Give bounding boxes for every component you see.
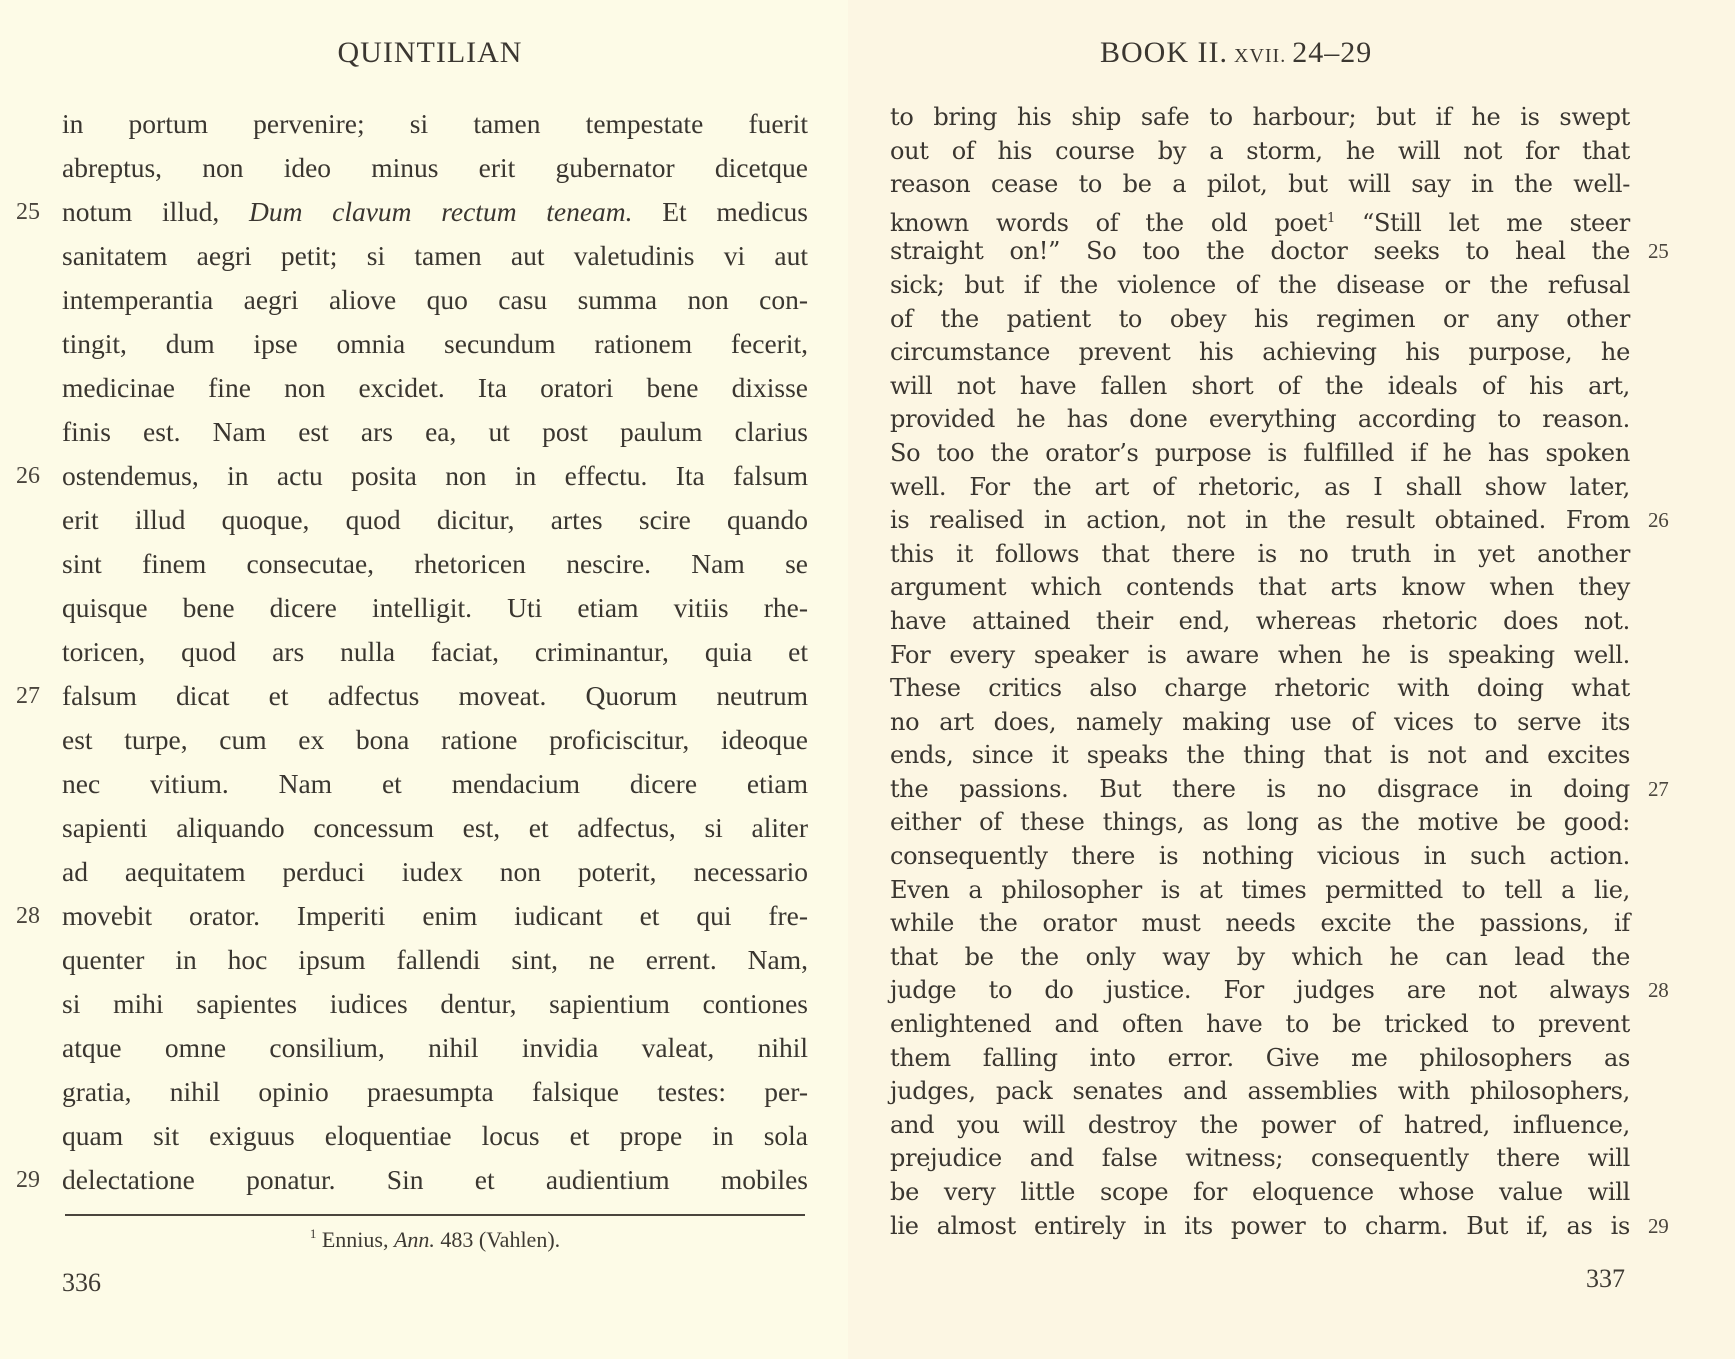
text-line: sanitatem aegri petit; si tamen aut vale…	[62, 234, 808, 278]
line-text: erit illud quoque, quod dicitur, artes s…	[62, 498, 808, 542]
footnote-rule	[65, 1214, 805, 1216]
line-text: sanitatem aegri petit; si tamen aut vale…	[62, 234, 808, 278]
line-text: have attained their end, whereas rhetori…	[890, 605, 1630, 639]
line-text: judge to do justice. For judges are not …	[890, 974, 1630, 1008]
line-text: si mihi sapientes iudices dentur, sapien…	[62, 982, 808, 1026]
line-text: tingit, dum ipse omnia secundum rationem…	[62, 322, 808, 366]
text-line: be very little scope for eloquence whose…	[890, 1176, 1630, 1210]
line-text-post: “Still let me steer	[1335, 209, 1630, 237]
line-text: out of his course by a storm, he will no…	[890, 135, 1630, 169]
line-text: medicinae fine non excidet. Ita oratori …	[62, 366, 808, 410]
section-number: 25	[1648, 235, 1668, 269]
text-line: tingit, dum ipse omnia secundum rationem…	[62, 322, 808, 366]
line-text: finis est. Nam est ars ea, ut post paulu…	[62, 410, 808, 454]
text-line: ostendemus, in actu posita non in effect…	[62, 454, 808, 498]
line-text: ad aequitatem perduci iudex non poterit,…	[62, 850, 808, 894]
line-text: them falling into error. Give me philoso…	[890, 1042, 1630, 1076]
line-text-pre: known words of the old poet	[890, 209, 1327, 237]
text-line: straight on!” So too the doctor seeks to…	[890, 235, 1630, 269]
line-text: will not have fallen short of the ideals…	[890, 370, 1630, 404]
line-text: notum illud, Dum clavum rectum teneam. E…	[62, 190, 808, 234]
line-text: sint finem consecutae, rhetoricen nescir…	[62, 542, 808, 586]
text-line: and you will destroy the power of hatred…	[890, 1109, 1630, 1143]
line-text: judges, pack senates and assemblies with…	[890, 1075, 1630, 1109]
text-line: is realised in action, not in the result…	[890, 504, 1630, 538]
latin-text-block: in portum pervenire; si tamen tempestate…	[62, 102, 808, 1202]
footnote: 1 Ennius, Ann. 483 (Vahlen).	[0, 1226, 870, 1253]
line-text: nec vitium. Nam et mendacium dicere etia…	[62, 762, 808, 806]
text-line: ends, since it speaks the thing that is …	[890, 739, 1630, 773]
line-text: est turpe, cum ex bona ratione proficisc…	[62, 718, 808, 762]
text-line: quisque bene dicere intelligit. Uti etia…	[62, 586, 808, 630]
text-line: of the patient to obey his regimen or an…	[890, 303, 1630, 337]
text-line: quam sit exiguus eloquentiae locus et pr…	[62, 1114, 808, 1158]
running-head-range: 24–29	[1292, 36, 1372, 69]
section-number: 29	[16, 1158, 40, 1202]
left-page: QUINTILIAN in portum pervenire; si tamen…	[0, 0, 848, 1359]
text-line: argument which contends that arts know w…	[890, 571, 1630, 605]
line-text: lie almost entirely in its power to char…	[890, 1210, 1630, 1244]
text-line: that be the only way by which he can lea…	[890, 941, 1630, 975]
line-text: either of these things, as long as the m…	[890, 806, 1630, 840]
text-line: finis est. Nam est ars ea, ut post paulu…	[62, 410, 808, 454]
section-number: 28	[16, 894, 40, 938]
text-line: toricen, quod ars nulla faciat, criminan…	[62, 630, 808, 674]
text-line: These critics also charge rhetoric with …	[890, 672, 1630, 706]
section-number: 27	[16, 674, 40, 718]
text-line: falsum dicat et adfectus moveat. Quorum …	[62, 674, 808, 718]
line-text-pre: notum illud,	[62, 196, 249, 227]
footnote-reference[interactable]: 1	[1327, 211, 1335, 226]
text-line: enlightened and often have to be tricked…	[890, 1008, 1630, 1042]
text-line: For every speaker is aware when he is sp…	[890, 639, 1630, 673]
line-text: that be the only way by which he can lea…	[890, 941, 1630, 975]
text-line: gratia, nihil opinio praesumpta falsique…	[62, 1070, 808, 1114]
section-number: 25	[16, 190, 40, 234]
page-number-left: 336	[62, 1268, 101, 1298]
text-line: intemperantia aegri aliove quo casu summ…	[62, 278, 808, 322]
text-line: well. For the art of rhetoric, as I shal…	[890, 471, 1630, 505]
text-line: in portum pervenire; si tamen tempestate…	[62, 102, 808, 146]
line-text: falsum dicat et adfectus moveat. Quorum …	[62, 674, 808, 718]
line-text-italic: Dum clavum rectum teneam.	[249, 196, 633, 227]
section-number: 26	[1648, 504, 1668, 538]
line-text: is realised in action, not in the result…	[890, 504, 1630, 538]
line-text: no art does, namely making use of vices …	[890, 706, 1630, 740]
line-text: For every speaker is aware when he is sp…	[890, 639, 1630, 673]
text-line: atque omne consilium, nihil invidia vale…	[62, 1026, 808, 1070]
text-line: ad aequitatem perduci iudex non poterit,…	[62, 850, 808, 894]
text-line: quenter in hoc ipsum fallendi sint, ne e…	[62, 938, 808, 982]
text-line: lie almost entirely in its power to char…	[890, 1210, 1630, 1244]
line-text-post: Et medicus	[633, 196, 808, 227]
text-line: est turpe, cum ex bona ratione proficisc…	[62, 718, 808, 762]
text-line: movebit orator. Imperiti enim iudicant e…	[62, 894, 808, 938]
english-text-block: to bring his ship safe to harbour; but i…	[890, 101, 1630, 1243]
right-page: BOOK II. XVII. 24–29 to bring his ship s…	[848, 0, 1735, 1359]
text-line: the passions. But there is no disgrace i…	[890, 773, 1630, 807]
line-text: atque omne consilium, nihil invidia vale…	[62, 1026, 808, 1070]
text-line: reason cease to be a pilot, but will say…	[890, 168, 1630, 202]
line-text: sick; but if the violence of the disease…	[890, 269, 1630, 303]
text-line: provided he has done everything accordin…	[890, 403, 1630, 437]
line-text: well. For the art of rhetoric, as I shal…	[890, 471, 1630, 505]
line-text: circumstance prevent his achieving his p…	[890, 336, 1630, 370]
line-text: straight on!” So too the doctor seeks to…	[890, 235, 1630, 269]
line-text: quam sit exiguus eloquentiae locus et pr…	[62, 1114, 808, 1158]
page-number-right: 337	[1586, 1264, 1625, 1294]
text-line: to bring his ship safe to harbour; but i…	[890, 101, 1630, 135]
line-text: this it follows that there is no truth i…	[890, 538, 1630, 572]
text-line: consequently there is nothing vicious in…	[890, 840, 1630, 874]
footnote-text-italic: Ann.	[394, 1227, 435, 1252]
text-line: this it follows that there is no truth i…	[890, 538, 1630, 572]
running-head-right: BOOK II. XVII. 24–29	[1100, 36, 1372, 70]
line-text: of the patient to obey his regimen or an…	[890, 303, 1630, 337]
text-line: either of these things, as long as the m…	[890, 806, 1630, 840]
line-text: consequently there is nothing vicious in…	[890, 840, 1630, 874]
text-line: medicinae fine non excidet. Ita oratori …	[62, 366, 808, 410]
line-text: quenter in hoc ipsum fallendi sint, ne e…	[62, 938, 808, 982]
text-line: circumstance prevent his achieving his p…	[890, 336, 1630, 370]
text-line: prejudice and false witness; consequentl…	[890, 1142, 1630, 1176]
line-text: ends, since it speaks the thing that is …	[890, 739, 1630, 773]
line-text: delectatione ponatur. Sin et audientium …	[62, 1158, 808, 1202]
text-line: delectatione ponatur. Sin et audientium …	[62, 1158, 808, 1202]
line-text: Even a philosopher is at times permitted…	[890, 874, 1630, 908]
text-line: erit illud quoque, quod dicitur, artes s…	[62, 498, 808, 542]
line-text: movebit orator. Imperiti enim iudicant e…	[62, 894, 808, 938]
text-line: abreptus, non ideo minus erit gubernator…	[62, 146, 808, 190]
text-line: notum illud, Dum clavum rectum teneam. E…	[62, 190, 808, 234]
text-line: while the orator must needs excite the p…	[890, 907, 1630, 941]
line-text: and you will destroy the power of hatred…	[890, 1109, 1630, 1143]
section-number: 29	[1648, 1210, 1668, 1244]
line-text: intemperantia aegri aliove quo casu summ…	[62, 278, 808, 322]
line-text: quisque bene dicere intelligit. Uti etia…	[62, 586, 808, 630]
line-text: reason cease to be a pilot, but will say…	[890, 168, 1630, 202]
text-line: will not have fallen short of the ideals…	[890, 370, 1630, 404]
line-text: sapienti aliquando concessum est, et adf…	[62, 806, 808, 850]
line-text: to bring his ship safe to harbour; but i…	[890, 101, 1630, 135]
line-text: prejudice and false witness; consequentl…	[890, 1142, 1630, 1176]
line-text: in portum pervenire; si tamen tempestate…	[62, 102, 808, 146]
running-head-left: QUINTILIAN	[0, 36, 860, 70]
line-text: the passions. But there is no disgrace i…	[890, 773, 1630, 807]
footnote-text-pre: Ennius,	[316, 1227, 394, 1252]
line-text: enlightened and often have to be tricked…	[890, 1008, 1630, 1042]
line-text: be very little scope for eloquence whose…	[890, 1176, 1630, 1210]
text-line: nec vitium. Nam et mendacium dicere etia…	[62, 762, 808, 806]
section-number: 28	[1648, 974, 1668, 1008]
line-text: So too the orator’s purpose is fulfilled…	[890, 437, 1630, 471]
line-text: while the orator must needs excite the p…	[890, 907, 1630, 941]
text-line: have attained their end, whereas rhetori…	[890, 605, 1630, 639]
text-line: known words of the old poet1 “Still let …	[890, 202, 1630, 236]
running-head-chapter: XVII.	[1228, 45, 1292, 67]
text-line: si mihi sapientes iudices dentur, sapien…	[62, 982, 808, 1026]
line-text: These critics also charge rhetoric with …	[890, 672, 1630, 706]
section-number: 26	[16, 454, 40, 498]
text-line: sapienti aliquando concessum est, et adf…	[62, 806, 808, 850]
text-line: sick; but if the violence of the disease…	[890, 269, 1630, 303]
text-line: them falling into error. Give me philoso…	[890, 1042, 1630, 1076]
text-line: So too the orator’s purpose is fulfilled…	[890, 437, 1630, 471]
line-text: gratia, nihil opinio praesumpta falsique…	[62, 1070, 808, 1114]
text-line: judges, pack senates and assemblies with…	[890, 1075, 1630, 1109]
text-line: sint finem consecutae, rhetoricen nescir…	[62, 542, 808, 586]
section-number: 27	[1648, 773, 1668, 807]
text-line: no art does, namely making use of vices …	[890, 706, 1630, 740]
text-line: judge to do justice. For judges are not …	[890, 974, 1630, 1008]
line-text: toricen, quod ars nulla faciat, criminan…	[62, 630, 808, 674]
text-line: out of his course by a storm, he will no…	[890, 135, 1630, 169]
line-text: provided he has done everything accordin…	[890, 403, 1630, 437]
text-line: Even a philosopher is at times permitted…	[890, 874, 1630, 908]
line-text: argument which contends that arts know w…	[890, 571, 1630, 605]
running-head-book: BOOK II.	[1100, 36, 1228, 69]
line-text: abreptus, non ideo minus erit gubernator…	[62, 146, 808, 190]
line-text: ostendemus, in actu posita non in effect…	[62, 454, 808, 498]
footnote-text-post: 483 (Vahlen).	[435, 1227, 560, 1252]
